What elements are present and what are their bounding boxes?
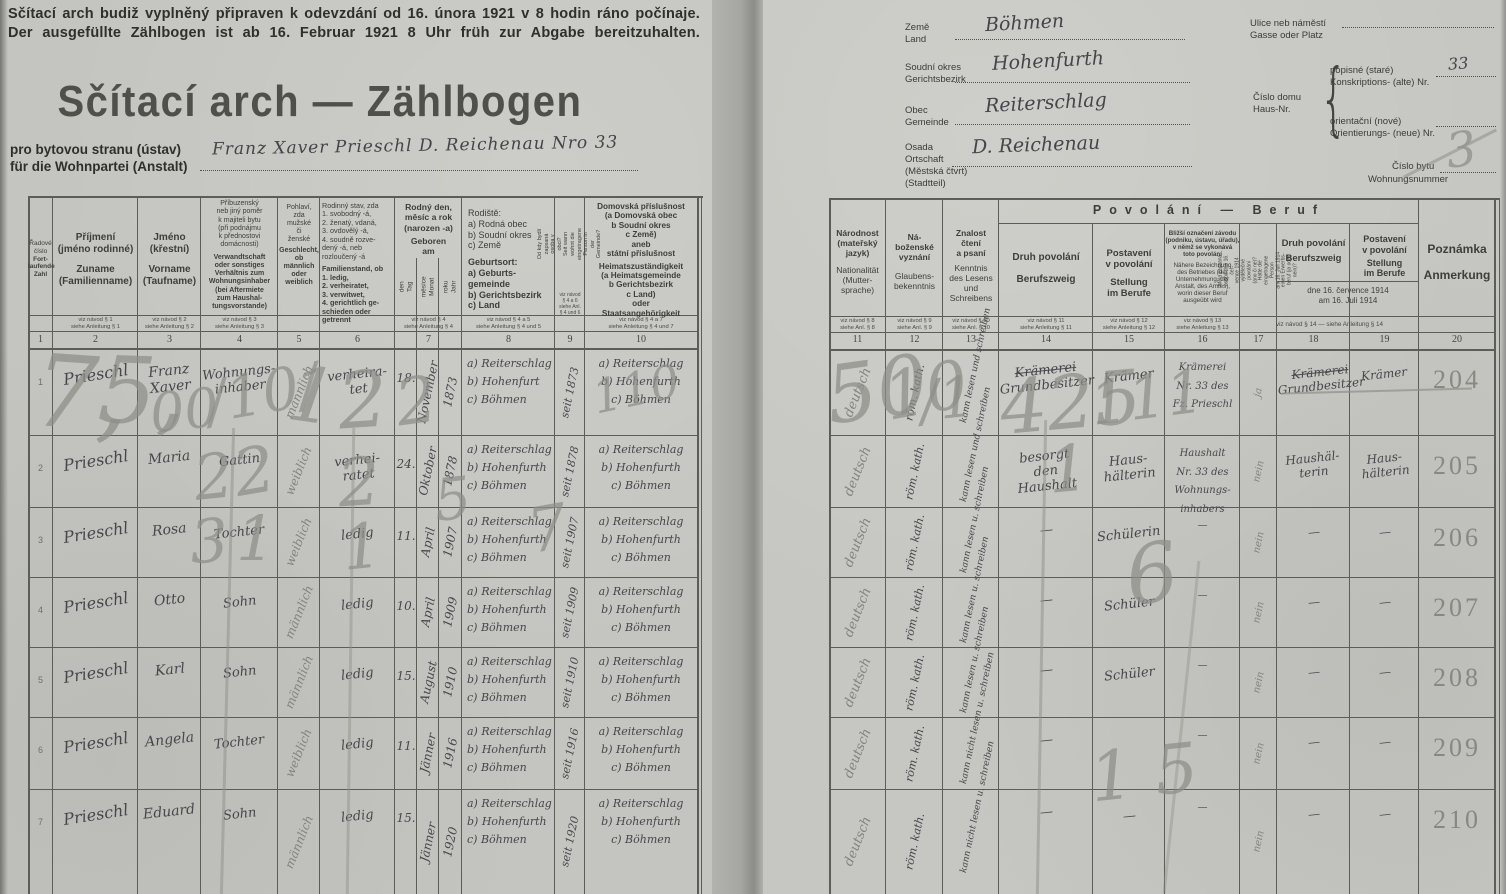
relation-cell: Sohn — [201, 789, 278, 894]
religion-cell: röm. kath. — [886, 577, 943, 647]
col7-viz: viz návod § 4 siehe Anleitung § 4 — [395, 317, 462, 331]
dotted-line — [1436, 76, 1496, 77]
person-row-right: deutsch röm. kath. kann lesen und schrei… — [829, 435, 1495, 507]
col2-header: Příjmení (jméno rodinné) Zuname (Familie… — [53, 232, 138, 288]
col4-viz: viz návod § 3 siehe Anleitung § 3 — [201, 317, 278, 331]
col15-viz: viz návod § 12 siehe Anleitung § 12 — [1093, 318, 1165, 332]
field-ulice-label: Ulice neb náměstí Gasse oder Platz — [1250, 18, 1326, 42]
row-number: 7 — [28, 789, 53, 894]
obec-de: Gemeinde — [905, 117, 949, 128]
col17-19-viz: viz návod § 14 — siehe Anleitung § 14 — [1240, 321, 1419, 329]
note-cell: 206 — [1419, 507, 1495, 577]
firstname-cell: Eduard — [138, 789, 201, 894]
religion-cell: röm. kath. — [886, 435, 943, 507]
sex-cell: männlich — [278, 789, 320, 894]
marital-status-cell: ledig — [320, 647, 395, 717]
birth-year-cell: 1920 — [439, 789, 462, 894]
col9-header: Od kdy bydlí zapsaná osoba v obci? Seit … — [555, 198, 585, 290]
col-number: 18 — [1277, 333, 1350, 349]
col-number: 5 — [278, 333, 320, 349]
col-number: 16 — [1165, 333, 1240, 349]
person-row-left: 5 Prieschl Karl Sohn männlich ledig 15. … — [28, 647, 703, 717]
birthplace-cell: a) Reiterschlag b) Hohenfurth c) Böhmen — [462, 789, 555, 894]
surname-cell: Prieschl — [53, 789, 138, 894]
subtitle-cz: pro bytovou stranu (ústav) — [10, 142, 181, 157]
orientacni-cz: orientační (nové) — [1330, 116, 1401, 127]
pencil-mark: 2 — [335, 360, 390, 441]
occupation-1914-flag-cell: nein — [1240, 435, 1277, 507]
col2-cz: Příjmení (jméno rodinné) — [58, 232, 134, 255]
occupation-1914-cell: — — [1277, 717, 1350, 789]
position-1914-cell: — — [1350, 717, 1419, 789]
position-1914-cell: — — [1350, 647, 1419, 717]
note-cell: 207 — [1419, 577, 1495, 647]
nationality-cell: deutsch — [829, 577, 886, 647]
field-popisne-value: 33 — [1447, 53, 1469, 73]
position-1914-cell: — — [1350, 507, 1419, 577]
col-number: 7 — [395, 333, 462, 349]
col3-viz: viz návod § 2 siehe Anleitung § 2 — [138, 317, 201, 331]
occupation-1914-flag-cell: nein — [1240, 717, 1277, 789]
occupation-cell: — — [999, 507, 1093, 577]
birth-year-cell: 1873 — [439, 349, 462, 435]
field-popisne-label: popisné (staré) Konskriptions- (alte) Nr… — [1330, 65, 1429, 89]
table-line — [829, 316, 1494, 317]
firstname-cell: Karl — [138, 647, 201, 717]
col9-viz: viz návod § 4 a 6 siehe Anl. § 4 und 6 — [555, 292, 585, 316]
col1-cz: Řadové číslo — [29, 240, 51, 255]
notice-line-cz: Sčítací arch budiž vyplněný připraven k … — [8, 5, 700, 25]
col3-de: Vorname (Taufname) — [143, 264, 196, 288]
dotted-line — [1342, 27, 1494, 28]
col11-viz: viz návod § 8 siehe Anl. § 8 — [829, 318, 886, 332]
employer-cell: Haushalt Nr. 33 des Wohnungs- inhabers — [1165, 435, 1240, 507]
field-osada-value: D. Reichenau — [972, 132, 1101, 158]
table-line — [28, 331, 697, 332]
scan-right-edge — [1500, 0, 1506, 894]
popisne-cz: popisné (staré) — [1330, 65, 1393, 76]
col-number: 15 — [1093, 333, 1165, 349]
sex-cell: weiblich — [278, 507, 320, 577]
col7-sub-year: roku Jahr — [439, 260, 462, 314]
col3-cz: Jméno (křestní) — [150, 232, 189, 255]
note-cell: 204 — [1419, 349, 1495, 435]
subtitle-de: für die Wohnpartei (Anstalt) — [10, 159, 188, 174]
person-row-right: deutsch röm. kath. kann lesen u. schreib… — [829, 647, 1495, 717]
col7-de: Geboren am — [411, 236, 446, 257]
osada-cz2: (Městská čtvrt) — [905, 166, 967, 177]
relation-cell: Sohn — [201, 647, 278, 717]
surname-cell: Prieschl — [53, 577, 138, 647]
surname-cell: Prieschl — [53, 717, 138, 789]
col3-header: Jméno (křestní) Vorname (Taufname) — [138, 232, 201, 288]
surname-cell: Prieschl — [53, 647, 138, 717]
religion-cell: röm. kath. — [886, 507, 943, 577]
pencil-mark: 2 — [336, 449, 383, 518]
pencil-mark: 6 — [1121, 531, 1184, 619]
zeme-de: Land — [905, 34, 926, 45]
birth-year-cell: 1910 — [439, 647, 462, 717]
col4-cz: Příbuzenský neb jiný poměr k majiteli by… — [217, 200, 263, 248]
resident-since-cell: seit 1920 — [555, 789, 585, 894]
osada-de: Ortschaft — [905, 154, 944, 165]
col-number: 9 — [555, 333, 585, 349]
birth-day-cell: 10. — [395, 577, 417, 647]
pencil-mark: 5 — [431, 468, 474, 530]
pencil-mark: 1 5 — [1087, 735, 1202, 814]
col19-header: Postavení v povolání Stellung im Berufe — [1350, 234, 1419, 279]
occupation-cell: — — [999, 577, 1093, 647]
resident-since-cell: seit 1909 — [555, 577, 585, 647]
field-cislo-domu-label: Číslo domu Haus-Nr. — [1253, 92, 1301, 116]
birth-month-cell: Jänner — [417, 789, 439, 894]
col5-cz: Pohlaví, zda mužské či ženské — [286, 204, 311, 243]
orientacni-de: Orientierungs- (neue) Nr. — [1330, 128, 1435, 139]
field-zeme-label: Země Land — [905, 22, 929, 46]
occupation-1914-cell: Haushäl- terin — [1277, 435, 1350, 507]
home-rights-cell: a) Reiterschlag b) Hohenfurth c) Böhmen — [585, 577, 697, 647]
person-row-left: 6 Prieschl Angela Tochter weiblich ledig… — [28, 717, 703, 789]
note-cell: 205 — [1419, 435, 1495, 507]
col4-header: Příbuzenský neb jiný poměr k majiteli by… — [201, 200, 278, 311]
col5-de: Geschlecht, ob männlich oder weiblich — [279, 247, 319, 287]
birth-day-cell: 15. — [395, 789, 417, 894]
col-number: 17 — [1240, 333, 1277, 349]
table-line — [999, 223, 1419, 224]
nationality-cell: deutsch — [829, 647, 886, 717]
table-line — [829, 198, 1500, 200]
row-number: 6 — [28, 717, 53, 789]
home-rights-cell: a) Reiterschlag b) Hohenfurth c) Böhmen — [585, 789, 697, 894]
sex-cell: männlich — [278, 577, 320, 647]
col15-header: Postavení v povolání Stellung im Berufe — [1093, 248, 1165, 300]
pencil-mark: 1 — [1045, 436, 1091, 503]
relation-cell: Tochter — [201, 717, 278, 789]
birth-month-cell: Jänner — [417, 717, 439, 789]
okres-de: Gerichtsbezirk — [905, 74, 966, 85]
literacy-cell: kann lesen u. schreiben — [943, 577, 999, 647]
religion-cell: röm. kath. — [886, 717, 943, 789]
col6-de: Familienstand, ob 1. ledig, 2. verheirat… — [322, 265, 383, 324]
col12-viz: viz návod § 9 siehe Anl. § 9 — [886, 318, 943, 332]
col8-de: Geburtsort: a) Geburts- gemeinde b) Geri… — [468, 257, 542, 311]
col2-viz: viz návod § 1 siehe Anleitung § 1 — [53, 317, 138, 331]
zeme-cz: Země — [905, 22, 929, 33]
col10-header: Domovská příslušnost (a Domovská obec b … — [585, 202, 697, 318]
occupation-cell: — — [999, 789, 1093, 894]
col10-viz: viz návod § 4 a 7 siehe Anleitung § 4 un… — [585, 317, 697, 331]
dotted-line — [200, 170, 638, 171]
position-1914-cell: Haus- hälterin — [1350, 435, 1419, 507]
col-number: 14 — [999, 333, 1093, 349]
birth-day-cell: 11. — [395, 717, 417, 789]
occupation-1914-flag-cell: nein — [1240, 577, 1277, 647]
literacy-cell: kann nicht lesen u. schreiben — [943, 789, 999, 894]
resident-since-cell: seit 1916 — [555, 717, 585, 789]
row-number: 4 — [28, 577, 53, 647]
col10-cz: Domovská příslušnost (a Domovská obec b … — [597, 202, 685, 258]
col-number: 20 — [1419, 333, 1495, 349]
home-rights-cell: a) Reiterschlag b) Hohenfurth c) Böhmen — [585, 435, 697, 507]
col16-viz: viz návod § 13 siehe Anleitung § 13 — [1165, 318, 1240, 332]
occupation-cell: — — [999, 717, 1093, 789]
sex-cell: männlich — [278, 647, 320, 717]
col17-header: Měla zapsaná osoba dne 16. čer- vence 19… — [1240, 225, 1277, 315]
col10-de: Heimatszuständigkeit (a Heimatsgemeinde … — [599, 262, 683, 319]
col1-header: Řadové číslo Fort- laufende Zahl — [28, 240, 53, 279]
marital-status-cell: ledig — [320, 577, 395, 647]
col12-header: Ná- boženské vyznání Glaubens- bekenntni… — [886, 232, 943, 291]
position-cell: Haus- hälterin — [1093, 435, 1165, 507]
col1-de: Fort- laufende Zahl — [28, 256, 55, 279]
nationality-cell: deutsch — [829, 717, 886, 789]
religion-cell: röm. kath. — [886, 789, 943, 894]
col2-de: Zuname (Familienname) — [59, 264, 132, 288]
occupation-1914-cell: — — [1277, 507, 1350, 577]
birth-day-cell: 15. — [395, 647, 417, 717]
birth-day-cell: 11. — [395, 507, 417, 577]
nationality-cell: deutsch — [829, 435, 886, 507]
cislo-domu-cz: Číslo domu — [1253, 92, 1301, 103]
pencil-mark: /1 — [917, 369, 977, 430]
occupation-cell: — — [999, 647, 1093, 717]
birthplace-cell: a) Reiterschlag b) Hohenfurth c) Böhmen — [462, 577, 555, 647]
pencil-mark: 1 — [236, 508, 275, 570]
person-row-left: 4 Prieschl Otto Sohn männlich ledig 10. … — [28, 577, 703, 647]
note-cell: 208 — [1419, 647, 1495, 717]
birth-month-cell: April — [417, 577, 439, 647]
col-number: 10 — [585, 333, 697, 349]
col18-19-date-note: dne 16. července 1914 am 16. Juli 1914 — [1277, 286, 1419, 307]
osada-de2: (Stadtteil) — [905, 178, 946, 189]
birth-year-cell: 1909 — [439, 577, 462, 647]
col14-header: Druh povolání Berufszweig — [999, 252, 1093, 286]
dotted-line — [952, 166, 1192, 167]
col13-header: Znalost čtení a psaní Kenntnis des Lesen… — [943, 228, 999, 303]
okres-cz: Soudní okres — [905, 62, 961, 73]
book-gutter — [712, 0, 763, 894]
povolani-group-header: Povolání — Beruf — [999, 203, 1419, 218]
marital-status-cell: ledig — [320, 789, 395, 894]
table-line — [28, 196, 703, 198]
col7-sub-month: měsíce Monat — [417, 260, 439, 314]
col5-header: Pohlaví, zda mužské či ženské Geschlecht… — [278, 204, 320, 287]
home-rights-cell: a) Reiterschlag b) Hohenfurth c) Böhmen — [585, 647, 697, 717]
occupation-1914-cell: — — [1277, 789, 1350, 894]
pencil-mark: 111 — [1087, 361, 1208, 435]
col-number: 4 — [201, 333, 278, 349]
osada-cz: Osada — [905, 142, 933, 153]
employer-cell: — — [1165, 647, 1240, 717]
field-orientacni-label: orientační (nové) Orientierungs- (neue) … — [1330, 116, 1435, 140]
col7-header: Rodný den, měsíc a rok (narozen -a) Gebo… — [395, 202, 462, 257]
ulice-cz: Ulice neb náměstí — [1250, 18, 1326, 29]
occupation-1914-flag-cell: nein — [1240, 507, 1277, 577]
literacy-cell: kann lesen und schreiben — [943, 435, 999, 507]
pencil-mark: 3 — [1443, 124, 1480, 176]
birthplace-cell: a) Reiterschlag b) Hohenfurt c) Böhmen — [462, 349, 555, 435]
birth-month-cell: August — [417, 647, 439, 717]
field-obec-label: Obec Gemeinde — [905, 105, 949, 129]
position-cell: Schüler — [1093, 647, 1165, 717]
nationality-cell: deutsch — [829, 507, 886, 577]
pencil-mark: 2 — [392, 367, 441, 436]
note-cell: 210 — [1419, 789, 1495, 894]
col8-cz: Rodiště: a) Rodná obec b) Soudní okres c… — [468, 208, 532, 250]
religion-cell: röm. kath. — [886, 647, 943, 717]
col-number: 19 — [1350, 333, 1419, 349]
col4-de: Verwandtschaft oder sonstiges Verhältnis… — [209, 254, 270, 312]
position-1914-cell: — — [1350, 789, 1419, 894]
pencil-mark: 3 — [188, 511, 230, 574]
col-number: 6 — [320, 333, 395, 349]
dotted-line — [955, 124, 1190, 125]
birthplace-cell: a) Reiterschlag b) Hohenfurth c) Böhmen — [462, 647, 555, 717]
relation-cell: Sohn — [201, 577, 278, 647]
col6-header: Rodinný stav, zda 1. svobodný -á, 2. žen… — [322, 202, 394, 325]
resident-since-cell: seit 1873 — [555, 349, 585, 435]
col11-header: Národnost (mateřský jazyk) Nationalität … — [829, 228, 886, 295]
col18-header: Druh povolání Berufszweig — [1277, 238, 1350, 265]
col14-viz: viz návod § 11 siehe Anleitung § 11 — [999, 318, 1093, 332]
ulice-de: Gasse oder Platz — [1250, 30, 1323, 41]
pencil-mark: 1 — [339, 514, 385, 580]
cislo-domu-de: Haus-Nr. — [1253, 104, 1290, 115]
sex-cell: weiblich — [278, 717, 320, 789]
home-rights-cell: a) Reiterschlag b) Hohenfurth c) Böhmen — [585, 507, 697, 577]
firstname-cell: Otto — [138, 577, 201, 647]
census-sheet-scan: Sčítací arch budiž vyplněný připraven k … — [0, 0, 1506, 894]
occupation-1914-flag-cell: ja — [1240, 349, 1277, 435]
col6-cz: Rodinný stav, zda 1. svobodný -á, 2. žen… — [322, 201, 379, 261]
firstname-cell: Angela — [138, 717, 201, 789]
occupation-1914-cell: — — [1277, 647, 1350, 717]
col7-sub-day: den Tag — [395, 260, 417, 314]
birth-day-cell: 24. — [395, 435, 417, 507]
col7-cz: Rodný den, měsíc a rok (narozen -a) — [404, 202, 453, 233]
sex-cell: weiblich — [278, 435, 320, 507]
home-rights-cell: a) Reiterschlag b) Hohenfurth c) Böhmen — [585, 717, 697, 789]
row-number: 5 — [28, 647, 53, 717]
nationality-cell: deutsch — [829, 789, 886, 894]
row-number: 3 — [28, 507, 53, 577]
person-row-left: 7 Prieschl Eduard Sohn männlich ledig 15… — [28, 789, 703, 894]
dotted-line — [955, 82, 1190, 83]
col-number: 8 — [462, 333, 555, 349]
field-zeme-value: Böhmen — [984, 10, 1064, 36]
surname-cell: Prieschl — [53, 507, 138, 577]
position-1914-cell: — — [1350, 577, 1419, 647]
col20-header: Poznámka Anmerkung — [1419, 242, 1495, 283]
occupation-1914-flag-cell: nein — [1240, 789, 1277, 894]
birthplace-cell: a) Reiterschlag b) Hohenfurth c) Böhmen — [462, 717, 555, 789]
popisne-de: Konskriptions- (alte) Nr. — [1330, 77, 1429, 88]
marital-status-cell: ledig — [320, 717, 395, 789]
form-title: Sčítací arch — Zählbogen — [55, 78, 585, 127]
notice-line-de: Der ausgefüllte Zählbogen ist ab 16. Feb… — [8, 24, 700, 44]
occupation-1914-cell: — — [1277, 577, 1350, 647]
subtitle-label: pro bytovou stranu (ústav) für die Wohnp… — [10, 142, 188, 176]
birth-year-cell: 1916 — [439, 717, 462, 789]
dotted-line — [955, 39, 1185, 40]
literacy-cell: kann lesen u. schreiben — [943, 507, 999, 577]
col8-viz: viz návod § 4 a 5 siehe Anleitung § 4 un… — [462, 317, 555, 331]
resident-since-cell: seit 1910 — [555, 647, 585, 717]
note-cell: 209 — [1419, 717, 1495, 789]
obec-cz: Obec — [905, 105, 928, 116]
occupation-1914-flag-cell: nein — [1240, 647, 1277, 717]
scan-left-edge — [0, 0, 8, 894]
